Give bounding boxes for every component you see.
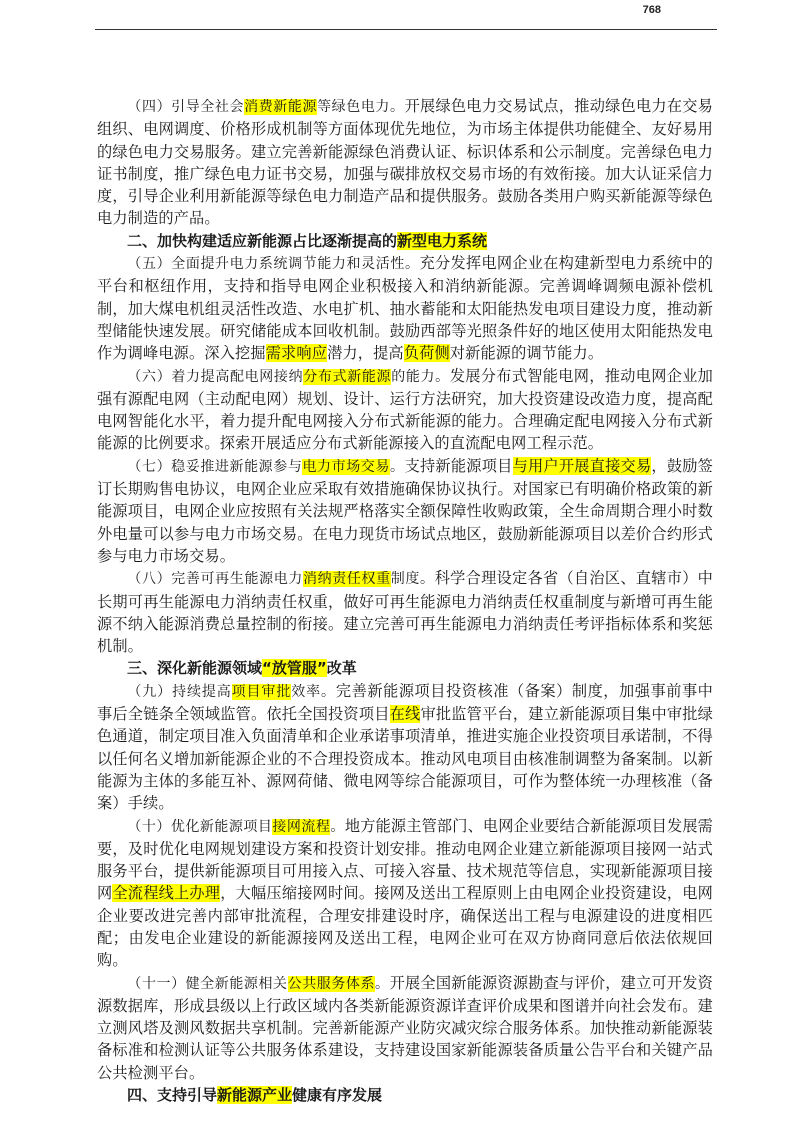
paragraph-7: （七）稳妥推进新能源参与电力市场交易。支持新能源项目与用户开展直接交易，鼓励签订… — [97, 455, 713, 567]
clause-lead: （七）稳妥推进新能源参与 — [127, 459, 302, 475]
highlighted-term: 负荷侧 — [404, 344, 450, 362]
highlighted-term: “放管服” — [262, 659, 327, 677]
clause-lead: 效率。 — [291, 684, 336, 700]
highlighted-term: 与用户开展直接交易 — [513, 457, 652, 475]
clause-lead: （十）优化新能源项目 — [127, 819, 272, 835]
clause-lead: （十一）健全新能源相关 — [127, 976, 287, 992]
heading-text: 健康有序发展 — [292, 1086, 382, 1104]
heading-text: 改革 — [327, 659, 357, 677]
highlighted-term: 新型电力系统 — [397, 232, 487, 250]
document-body: （四）引导全社会消费新能源等绿色电力。开展绿色电力交易试点，推动绿色电力在交易组… — [97, 95, 713, 1106]
paragraph-text: 对新能源的调节能力。 — [450, 344, 603, 362]
clause-lead: 制度。 — [391, 571, 435, 587]
paragraph-8: （八）完善可再生能源电力消纳责任权重制度。科学合理设定各省（自治区、直辖市）中长… — [97, 567, 713, 657]
highlighted-term: 消费新能源 — [244, 99, 317, 115]
paragraph-text: 潜力，提高 — [327, 344, 404, 362]
clause-lead: （四）引导全社会 — [127, 99, 244, 115]
paragraph-11: （十一）健全新能源相关公共服务体系。开展全国新能源资源勘查与评价，建立可开发资源… — [97, 972, 713, 1084]
heading-text: 四、支持引导 — [127, 1086, 217, 1104]
paragraph-9: （九）持续提高项目审批效率。完善新能源项目投资核准（备案）制度，加强事前事中事后… — [97, 680, 713, 815]
highlighted-term: 项目审批 — [232, 684, 292, 700]
section-heading-3: 三、深化新能源领域“放管服”改革 — [97, 657, 713, 679]
highlighted-term: 分布式新能源 — [303, 369, 391, 385]
clause-lead: 。 — [330, 819, 345, 835]
paragraph-6: （六）着力提高配电网接纳分布式新能源的能力。发展分布式智能电网，推动电网企业加强… — [97, 365, 713, 455]
paragraph-4: （四）引导全社会消费新能源等绿色电力。开展绿色电力交易试点，推动绿色电力在交易组… — [97, 95, 713, 230]
section-heading-2: 二、加快构建适应新能源占比逐渐提高的新型电力系统 — [97, 230, 713, 252]
header-rule — [95, 29, 717, 30]
section-heading-4: 四、支持引导新能源产业健康有序发展 — [97, 1084, 713, 1106]
paragraph-text: 支持新能源项目 — [405, 457, 513, 475]
highlighted-term: 全流程线上办理 — [112, 884, 220, 902]
highlighted-term: 需求响应 — [266, 344, 327, 362]
clause-lead: 。 — [390, 459, 405, 475]
paragraph-10: （十）优化新能源项目接网流程。地方能源主管部门、电网企业要结合新能源项目发展需要… — [97, 815, 713, 972]
paragraph-text: 开展绿色电力交易试点，推动绿色电力在交易组织、电网调度、价格形成机制等方面体现优… — [97, 97, 713, 227]
page-number: 768 — [643, 4, 661, 16]
highlighted-term: 消纳责任权重 — [303, 571, 391, 587]
paragraph-5: （五）全面提升电力系统调节能力和灵活性。充分发挥电网企业在构建新型电力系统中的平… — [97, 252, 713, 364]
clause-lead: （六）着力提高配电网接纳 — [127, 369, 303, 385]
highlighted-term: 电力市场交易 — [302, 459, 390, 475]
highlighted-term: 接网流程 — [272, 819, 330, 835]
clause-lead: （八）完善可再生能源电力 — [127, 571, 303, 587]
highlighted-term: 公共服务体系 — [288, 976, 375, 992]
clause-lead: 。 — [375, 976, 390, 992]
clause-lead: 的能力。 — [391, 369, 450, 385]
heading-text: 三、深化新能源领域 — [127, 659, 262, 677]
clause-lead: （五）全面提升电力系统调节能力和灵活性。 — [127, 256, 419, 272]
highlighted-term: 新能源产业 — [217, 1086, 292, 1104]
highlighted-term: 在线 — [390, 705, 421, 723]
heading-text: 二、加快构建适应新能源占比逐渐提高的 — [127, 232, 397, 250]
clause-lead: （九）持续提高 — [127, 684, 231, 700]
clause-lead: 等绿色电力。 — [317, 99, 405, 115]
